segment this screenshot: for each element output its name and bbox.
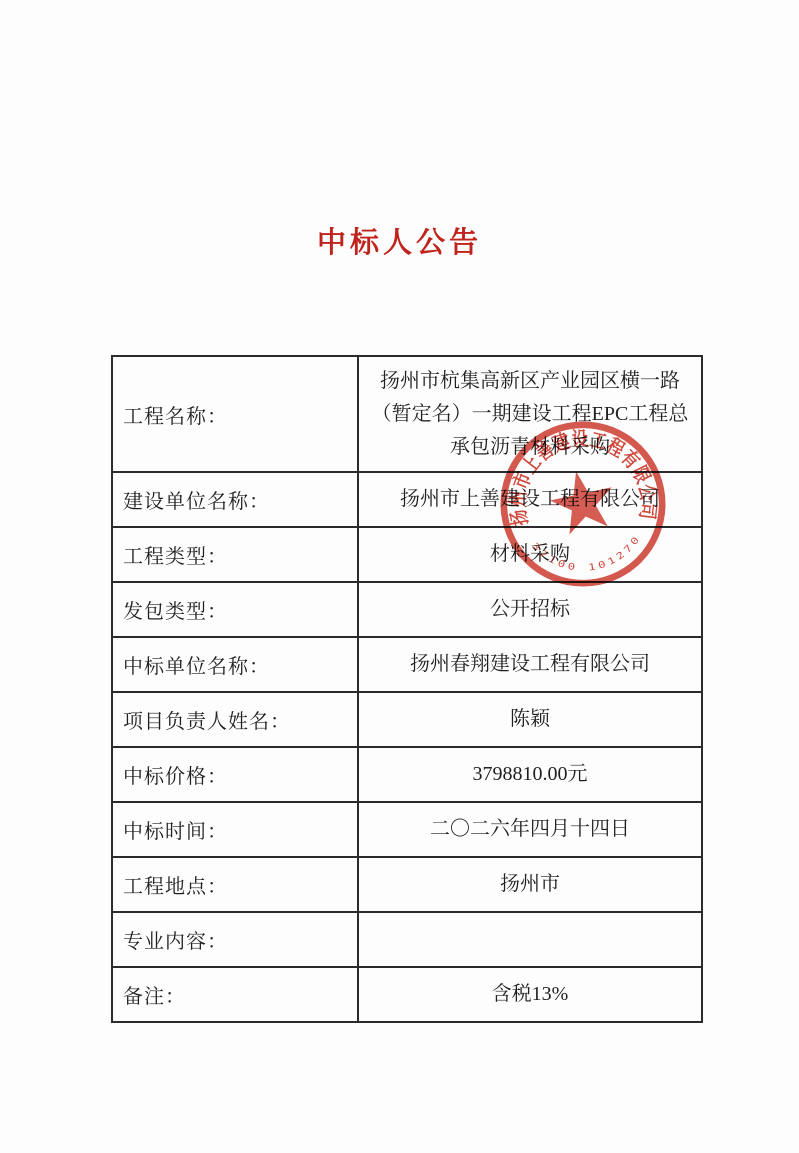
row-value-specialty xyxy=(358,912,702,967)
row-value-bid-date: 二〇二六年四月十四日 xyxy=(358,802,702,857)
row-value-project-type: 材料采购 xyxy=(358,527,702,582)
row-label-location: 工程地点： xyxy=(112,857,358,912)
table-row: 中标时间： 二〇二六年四月十四日 xyxy=(112,802,702,857)
row-value-project-name: 扬州市杭集高新区产业园区横一路（暂定名）一期建设工程EPC工程总承包沥青材料采购 xyxy=(358,356,702,472)
row-label-bid-date: 中标时间： xyxy=(112,802,358,857)
row-label-specialty: 专业内容： xyxy=(112,912,358,967)
row-value-owner-name: 扬州市上善建设工程有限公司 xyxy=(358,472,702,527)
row-label-manager-name: 项目负责人姓名： xyxy=(112,692,358,747)
row-label-bid-price: 中标价格： xyxy=(112,747,358,802)
table-row: 中标单位名称： 扬州春翔建设工程有限公司 xyxy=(112,637,702,692)
row-value-location: 扬州市 xyxy=(358,857,702,912)
row-label-project-name: 工程名称： xyxy=(112,356,358,472)
table-row: 工程类型： 材料采购 xyxy=(112,527,702,582)
row-value-manager-name: 陈颖 xyxy=(358,692,702,747)
table-row: 中标价格： 3798810.00元 xyxy=(112,747,702,802)
announcement-table: 工程名称： 扬州市杭集高新区产业园区横一路（暂定名）一期建设工程EPC工程总承包… xyxy=(111,355,703,1023)
table-row: 备注： 含税13% xyxy=(112,967,702,1022)
row-value-winner-name: 扬州春翔建设工程有限公司 xyxy=(358,637,702,692)
page-title: 中标人公告 xyxy=(0,220,799,261)
row-label-project-type: 工程类型： xyxy=(112,527,358,582)
table-row: 建设单位名称： 扬州市上善建设工程有限公司 xyxy=(112,472,702,527)
row-label-remark: 备注： xyxy=(112,967,358,1022)
row-value-remark: 含税13% xyxy=(358,967,702,1022)
row-label-winner-name: 中标单位名称： xyxy=(112,637,358,692)
table-row: 项目负责人姓名： 陈颖 xyxy=(112,692,702,747)
row-label-owner-name: 建设单位名称： xyxy=(112,472,358,527)
announcement-page: 中标人公告 工程名称： 扬州市杭集高新区产业园区横一路（暂定名）一期建设工程EP… xyxy=(0,0,799,1153)
table-row: 发包类型： 公开招标 xyxy=(112,582,702,637)
row-label-contract-type: 发包类型： xyxy=(112,582,358,637)
row-value-bid-price: 3798810.00元 xyxy=(358,747,702,802)
table-row: 工程名称： 扬州市杭集高新区产业园区横一路（暂定名）一期建设工程EPC工程总承包… xyxy=(112,356,702,472)
table-row: 工程地点： 扬州市 xyxy=(112,857,702,912)
row-value-contract-type: 公开招标 xyxy=(358,582,702,637)
table-row: 专业内容： xyxy=(112,912,702,967)
